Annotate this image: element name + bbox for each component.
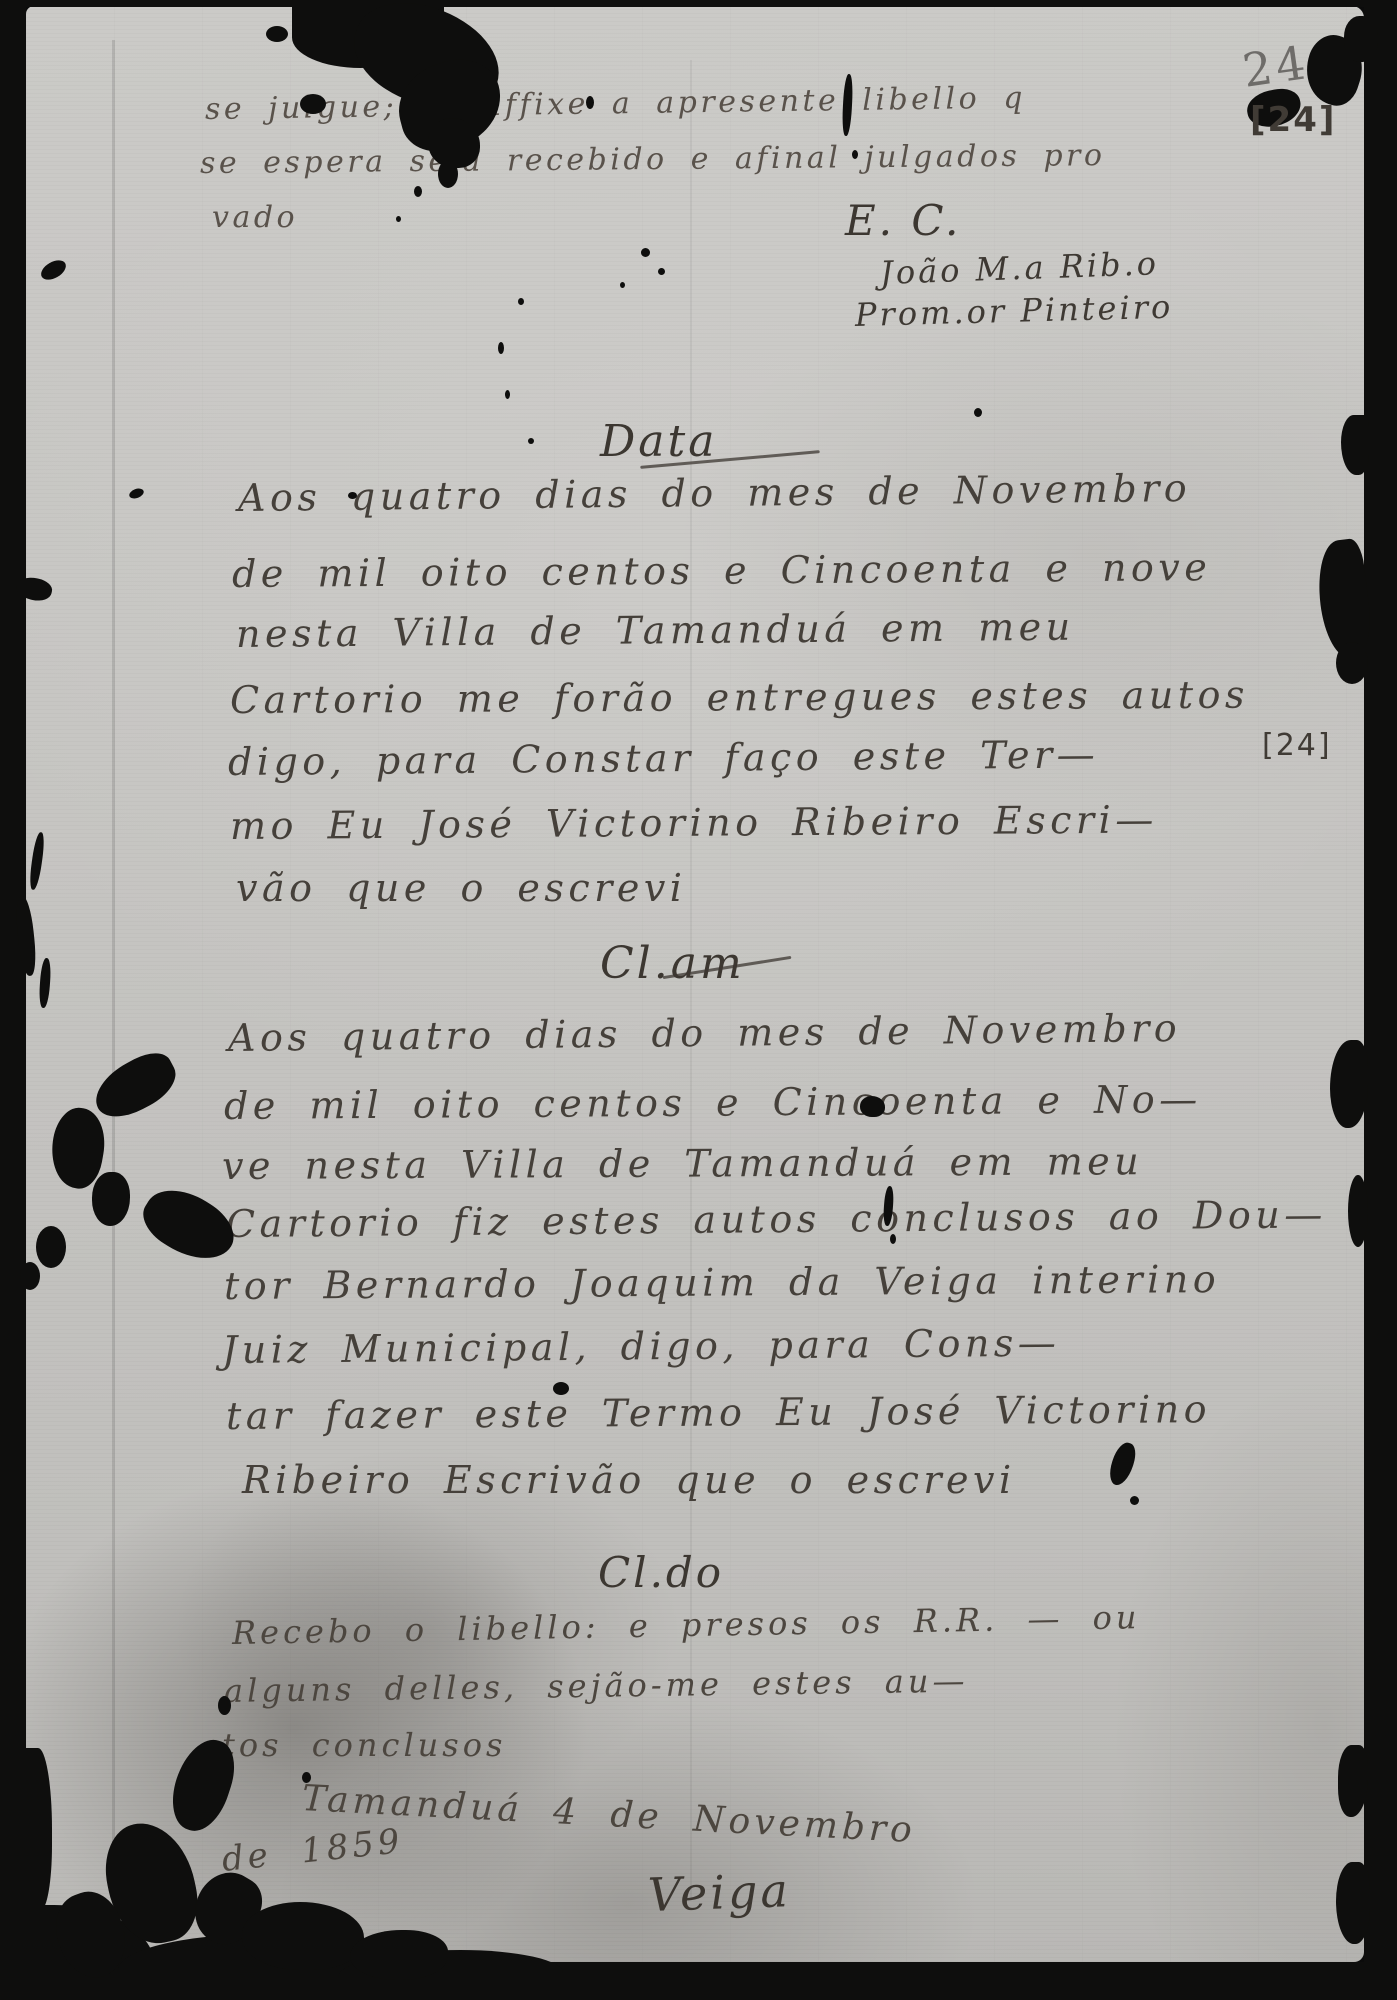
judge-signature: Veiga <box>647 1863 792 1922</box>
ink-speck <box>498 342 504 354</box>
scan-edge-right <box>1364 0 1397 2000</box>
ink-speck <box>852 150 858 159</box>
scan-edge-blob <box>1336 642 1368 684</box>
ink-speck <box>518 298 524 305</box>
ink-speck <box>1130 1496 1139 1505</box>
ink-blot <box>20 1262 40 1290</box>
ink-speck <box>620 282 625 288</box>
ink-speck <box>658 268 665 275</box>
termo-conclusao-line: de mil oito centos e Cincoenta e No— <box>224 1077 1202 1128</box>
despacho-line: tos conclusos <box>222 1726 506 1764</box>
ink-speck <box>641 248 650 257</box>
scan-edge-blob <box>1341 415 1369 475</box>
ink-blot <box>860 1096 885 1117</box>
ink-speck <box>302 1772 311 1783</box>
ink-speck <box>553 1382 569 1395</box>
ink-speck <box>414 186 422 197</box>
scan-edge-blob <box>1336 1862 1370 1944</box>
ink-blot <box>36 1226 66 1268</box>
termo-data-line: de mil oito centos e Cincoenta e nove <box>232 545 1212 596</box>
termo-conclusao-line: Juiz Municipal, digo, para Cons— <box>222 1321 1061 1372</box>
ink-speck <box>586 96 594 109</box>
petition-line: vado <box>212 200 298 235</box>
termo-data-line: vão que o escrevi <box>236 866 686 910</box>
ink-blot <box>350 1930 448 1980</box>
ink-speck <box>396 216 401 222</box>
ink-speck <box>505 390 510 399</box>
ink-blot <box>266 26 288 42</box>
ink-blot <box>300 94 326 114</box>
torn-edge-blob <box>24 1748 52 1910</box>
scan-edge-blob <box>1330 1040 1368 1128</box>
scan-edge-blob <box>1348 1175 1368 1247</box>
scan-edge-left <box>0 0 26 2000</box>
termo-conclusao-heading: Cl.am <box>600 938 745 989</box>
termo-conclusao-line: Ribeiro Escrivão que o escrevi <box>242 1458 1016 1502</box>
termo-conclusao-line: tar fazer este Termo Eu José Victorino <box>226 1387 1211 1438</box>
scanned-manuscript-page: se julgue; se affixe a apresente libello… <box>0 0 1397 2000</box>
scan-edge-top <box>0 0 1397 7</box>
termo-data-line: Cartorio me forão entregues estes autos <box>230 673 1249 722</box>
termo-data-line: nesta Villa de Tamanduá em meu <box>236 605 1075 656</box>
ink-speck <box>348 492 357 499</box>
folio-bracket-margin: [24] <box>1262 728 1332 763</box>
court-note: E. C. <box>845 196 961 245</box>
termo-data-line: digo, para Constar faço este Ter— <box>228 732 1100 784</box>
scan-edge-blob <box>1344 16 1378 62</box>
vertical-crease <box>112 40 115 1920</box>
ink-speck <box>974 408 982 417</box>
ink-speck <box>890 1234 896 1244</box>
ink-blot <box>438 160 458 188</box>
ink-blot <box>428 118 480 168</box>
ink-blot <box>242 1902 364 1970</box>
folio-bracket-top: [24] <box>1250 100 1336 140</box>
ink-speck <box>218 1696 231 1715</box>
termo-conclusao-line: ve nesta Villa de Tamanduá em meu <box>222 1139 1143 1188</box>
termo-data-line: mo Eu José Victorino Ribeiro Escri— <box>230 798 1158 848</box>
despacho-heading: Cl.do <box>598 1548 724 1597</box>
termo-data-heading: Data <box>600 416 717 467</box>
ink-speck <box>528 438 534 444</box>
termo-conclusao-line: tor Bernardo Joaquim da Veiga interino <box>224 1257 1220 1308</box>
